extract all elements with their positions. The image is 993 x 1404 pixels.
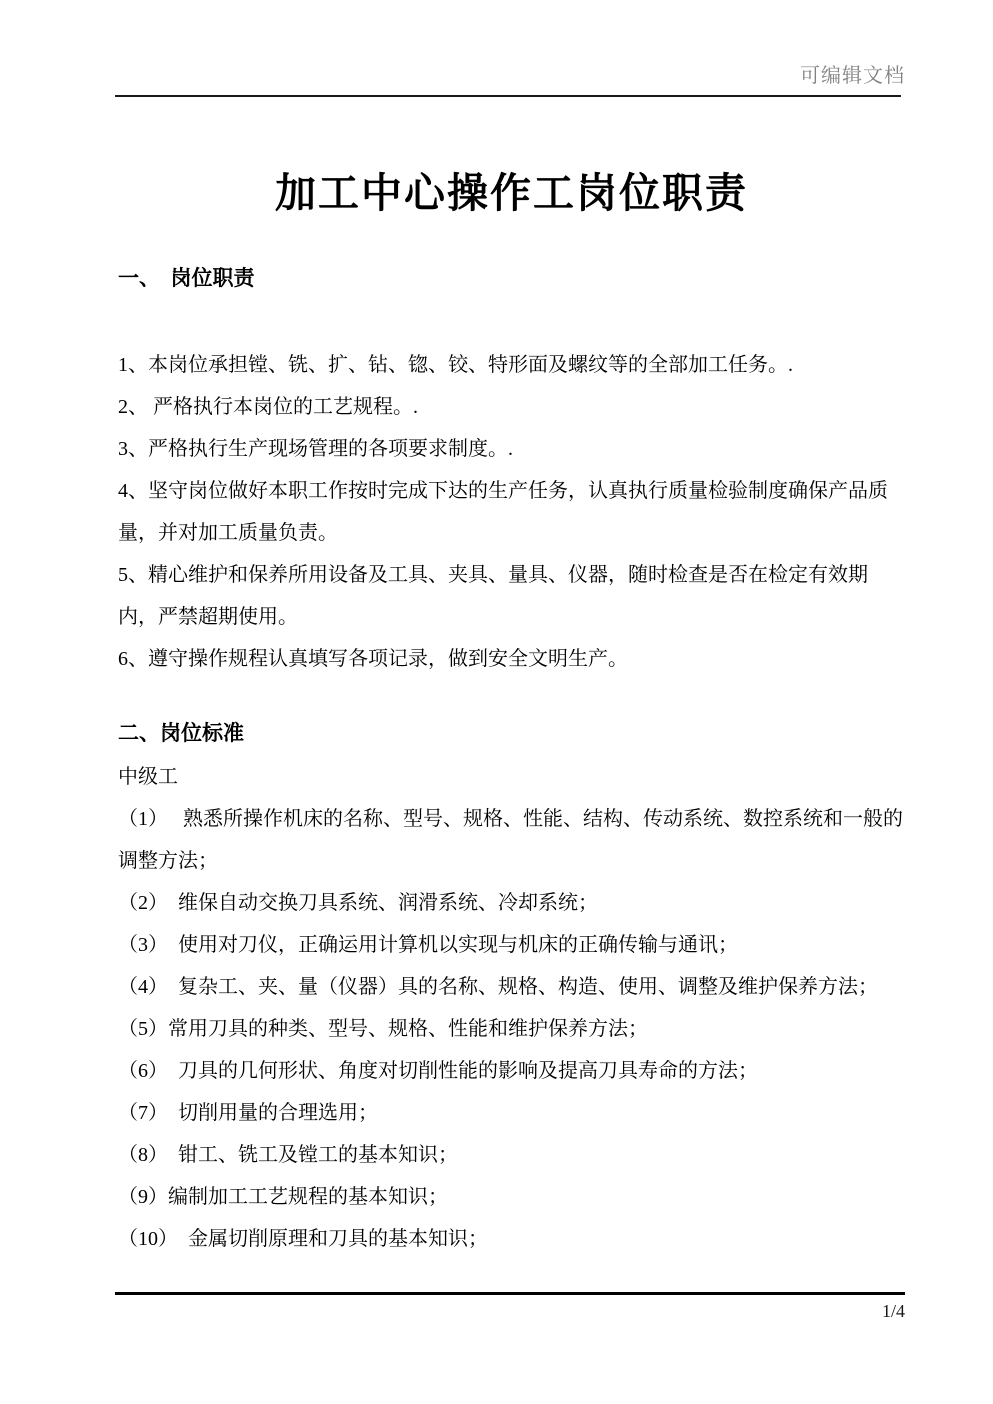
standard-item-10: （10） 金属切削原理和刀具的基本知识；	[118, 1218, 905, 1260]
standard-item-3: （3） 使用对刀仪，正确运用计算机以实现与机床的正确传输与通讯；	[118, 924, 905, 966]
header-rule	[115, 95, 901, 97]
section2-heading: 二、岗位标准	[118, 718, 905, 748]
standard-item-4: （4） 复杂工、夹、量（仪器）具的名称、规格、构造、使用、调整及维护保养方法；	[118, 966, 905, 1008]
document-page: 可编辑文档 加工中心操作工岗位职责 一、 岗位职责 1、本岗位承担镗、铣、扩、钻…	[0, 0, 993, 1404]
duty-item-4: 4、坚守岗位做好本职工作按时完成下达的生产任务，认真执行质量检验制度确保产品质量…	[118, 470, 905, 554]
standard-item-1: （1） 熟悉所操作机床的名称、型号、规格、性能、结构、传动系统、数控系统和一般的…	[118, 798, 905, 882]
duty-item-5: 5、精心维护和保养所用设备及工具、夹具、量具、仪器，随时检查是否在检定有效期内，…	[118, 554, 905, 638]
section2-items: （1） 熟悉所操作机床的名称、型号、规格、性能、结构、传动系统、数控系统和一般的…	[118, 798, 905, 1260]
duty-item-1: 1、本岗位承担镗、铣、扩、钻、锪、铰、特形面及螺纹等的全部加工任务。.	[118, 344, 905, 386]
document-body: 加工中心操作工岗位职责 一、 岗位职责 1、本岗位承担镗、铣、扩、钻、锪、铰、特…	[118, 152, 905, 1260]
standard-item-6: （6） 刀具的几何形状、角度对切削性能的影响及提高刀具寿命的方法；	[118, 1050, 905, 1092]
standard-item-5: （5）常用刀具的种类、型号、规格、性能和维护保养方法；	[118, 1008, 905, 1050]
section2-subheading: 中级工	[118, 756, 905, 798]
document-title: 加工中心操作工岗位职责	[118, 168, 905, 218]
duty-item-2: 2、 严格执行本岗位的工艺规程。.	[118, 386, 905, 428]
header-watermark: 可编辑文档	[800, 64, 905, 88]
section1-heading: 一、 岗位职责	[118, 263, 905, 293]
footer-rule	[115, 1292, 905, 1295]
standard-item-2: （2） 维保自动交换刀具系统、润滑系统、冷却系统；	[118, 882, 905, 924]
standard-item-7: （7） 切削用量的合理选用；	[118, 1092, 905, 1134]
page-number: 1/4	[882, 1299, 905, 1323]
standard-item-9: （9）编制加工工艺规程的基本知识；	[118, 1176, 905, 1218]
standard-item-8: （8） 钳工、铣工及镗工的基本知识；	[118, 1134, 905, 1176]
section1-items: 1、本岗位承担镗、铣、扩、钻、锪、铰、特形面及螺纹等的全部加工任务。. 2、 严…	[118, 344, 905, 680]
duty-item-6: 6、遵守操作规程认真填写各项记录，做到安全文明生产。	[118, 638, 905, 680]
duty-item-3: 3、严格执行生产现场管理的各项要求制度。.	[118, 428, 905, 470]
